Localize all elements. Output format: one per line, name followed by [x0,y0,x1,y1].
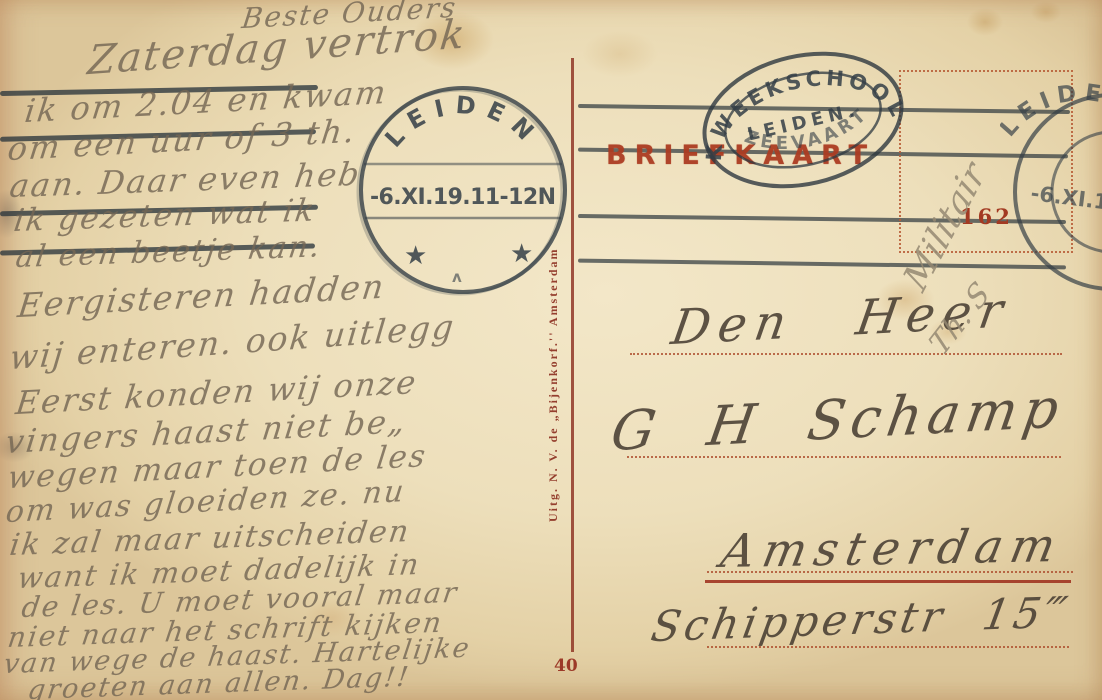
address-dotted-line-1 [630,353,1062,355]
address-recipient-name: G H Schamp [607,376,1069,463]
address-dotted-line-4 [707,646,1069,648]
postmark-leiden-right: LEIDEN -6.XI.19 [1000,80,1102,310]
caret-mark-icon: ʌ [452,268,462,286]
address-dotted-line-2 [627,456,1061,458]
cancellation-bar [578,259,1066,270]
address-dotted-line-3 [707,571,1073,573]
star-icon: ★ [404,241,427,271]
address-street: Schipperstr 15‴ [648,587,1075,651]
cachet-kweekschool: KWEEKSCHOOL LEIDEN. ZEEVAART [696,40,910,200]
address-red-underline [705,580,1071,583]
star-icon: ★ [510,239,533,269]
postcard-back: Uitg. N. V. de „Bijenkorf.'' Amsterdam 4… [0,0,1102,700]
postmark-town-text: LEIDEN [1000,80,1102,142]
postmark-leiden-left: LEIDEN -6.XI.19.11-12N ★ ★ ʌ [352,78,574,306]
postmark-town-text: LEIDEN [380,91,547,153]
address-city: Amsterdam [717,518,1068,578]
postmark-date-text: -6.XI.19.11-12N [370,185,556,210]
postmark-date-text: -6.XI.19 [1029,181,1102,216]
